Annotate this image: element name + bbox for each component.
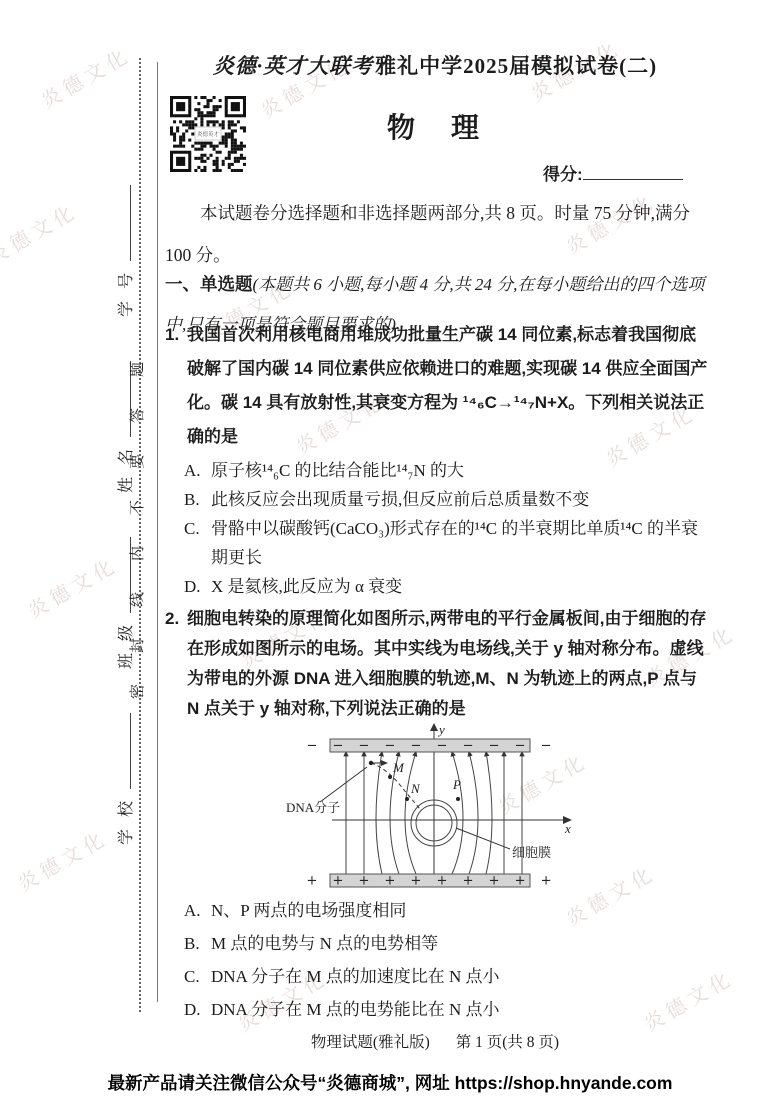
option-label-1b: B. <box>184 485 200 514</box>
exam-page: { "watermark_text": "炎德文化", "qr_label": … <box>0 0 780 1104</box>
option-text-2a: N、P 两点的电场强度相同 <box>211 901 406 920</box>
dna-pointer-line <box>320 767 367 802</box>
field-student-id-blank <box>115 185 131 261</box>
option-label-1a: A. <box>184 456 201 485</box>
option-row-1c: C.骨骼中以碳酸钙(CaCO₃)形式存在的¹⁴C 的半衰期比单质¹⁴C 的半衰期… <box>184 514 710 572</box>
point-n <box>405 797 409 801</box>
seal-text: 密封线内不要答题 <box>126 325 156 705</box>
option-row-2d: D.DNA 分子在 M 点的电势能比在 N 点小 <box>184 993 704 1026</box>
membrane-pointer-line <box>456 828 510 849</box>
footer-doc-name: 物理试题(雅礼版) <box>311 1034 430 1051</box>
watermark: 炎德文化 <box>34 39 135 114</box>
field-school-blank <box>115 713 131 789</box>
question-1-options: A.原子核¹⁴₆C 的比结合能比¹⁴₇N 的大 B.此核反应会出现质量亏损,但反… <box>184 456 710 601</box>
question-1-stem: 1.我国首次利用核电商用堆成功批量生产碳 14 同位素,标志着我国彻底破解了国内… <box>165 318 710 454</box>
membrane-label: 细胞膜 <box>512 845 551 860</box>
exam-title: 炎德·英才大联考雅礼中学2025届模拟试卷(二) <box>160 50 710 80</box>
point-p <box>456 797 460 801</box>
question-2: 2.细胞电转染的原理简化如图所示,两带电的平行金属板间,由于细胞的存在形成如图所… <box>165 604 710 724</box>
option-text-1d: X 是氦核,此反应为 α 衰变 <box>211 577 402 596</box>
watermark: 炎德文化 <box>0 195 83 270</box>
dna-label: DNA分子 <box>286 800 340 815</box>
footer-page-info: 第 1 页(共 8 页) <box>456 1034 559 1051</box>
content-border-line <box>157 62 158 1002</box>
field-student-id-label: 学号 <box>118 261 135 317</box>
question-2-stem-text: 细胞电转染的原理简化如图所示,两带电的平行金属板间,由于细胞的存在形成如图所示的… <box>187 609 706 718</box>
dna-velocity-arrowhead <box>381 760 388 766</box>
question-2-stem: 2.细胞电转染的原理简化如图所示,两带电的平行金属板间,由于细胞的存在形成如图所… <box>165 604 710 724</box>
question-2-number: 2. <box>165 604 179 634</box>
point-m <box>388 775 392 779</box>
option-text-1b: 此核反应会出现质量亏损,但反应前后总质量数不变 <box>211 490 589 509</box>
promo-banner: 最新产品请关注微信公众号“炎德商城”, 网址 https://shop.hnya… <box>0 1070 780 1095</box>
y-axis-label: y <box>437 722 445 737</box>
option-row-2b: B.M 点的电势与 N 点的电势相等 <box>184 927 704 960</box>
option-text-2d: DNA 分子在 M 点的电势能比在 N 点小 <box>211 1000 500 1019</box>
option-label-2a: A. <box>184 894 201 927</box>
option-row-1d: D.X 是氦核,此反应为 α 衰变 <box>184 572 710 601</box>
top-plate-charges: − − − − − − − − − − <box>306 739 553 754</box>
figure-electric-field: − − − − − − − − − − + + + + + + + + + + … <box>280 722 580 897</box>
question-1-number: 1. <box>165 318 179 352</box>
field-school: 学校 <box>113 713 136 845</box>
point-n-label: N <box>410 781 421 796</box>
option-text-1a: 原子核¹⁴₆C 的比结合能比¹⁴₇N 的大 <box>211 461 464 480</box>
score-blank <box>583 166 683 180</box>
x-axis-label: x <box>564 821 571 836</box>
option-label-2d: D. <box>184 993 201 1026</box>
option-row-1b: B.此核反应会出现质量亏损,但反应前后总质量数不变 <box>184 485 710 514</box>
option-text-2c: DNA 分子在 M 点的加速度比在 N 点小 <box>211 967 500 986</box>
subject-title: 物 理 <box>160 106 710 146</box>
exam-title-rest: 雅礼中学2025届模拟试卷(二) <box>375 54 657 78</box>
bottom-plate-charges: + + + + + + + + + + <box>306 874 553 889</box>
question-2-options: A.N、P 两点的电场强度相同 B.M 点的电势与 N 点的电势相等 C.DNA… <box>184 894 704 1026</box>
option-row-2a: A.N、P 两点的电场强度相同 <box>184 894 704 927</box>
score-row: 得分: <box>543 160 683 185</box>
field-student-id: 学号 <box>113 185 136 317</box>
question-1-stem-text: 我国首次利用核电商用堆成功批量生产碳 14 同位素,标志着我国彻底破解了国内碳 … <box>187 325 707 446</box>
y-axis-arrow <box>430 723 438 731</box>
option-text-1c: 骨骼中以碳酸钙(CaCO₃)形式存在的¹⁴C 的半衰期比单质¹⁴C 的半衰期更长 <box>211 519 698 567</box>
section-heading: 一、单选题 <box>165 274 253 294</box>
option-row-1a: A.原子核¹⁴₆C 的比结合能比¹⁴₇N 的大 <box>184 456 710 485</box>
point-m-label: M <box>392 760 405 775</box>
dna-point <box>369 761 373 765</box>
field-school-label: 学校 <box>118 789 135 845</box>
exam-title-brand: 炎德·英才大联考 <box>213 54 373 78</box>
point-p-label: P <box>452 777 461 792</box>
option-text-2b: M 点的电势与 N 点的电势相等 <box>211 934 438 953</box>
option-row-2c: C.DNA 分子在 M 点的加速度比在 N 点小 <box>184 960 704 993</box>
score-label: 得分: <box>543 165 583 184</box>
option-label-1d: D. <box>184 572 201 601</box>
page-footer: 物理试题(雅礼版)第 1 页(共 8 页) <box>165 1030 705 1052</box>
option-label-2b: B. <box>184 927 200 960</box>
option-label-2c: C. <box>184 960 200 993</box>
option-label-1c: C. <box>184 514 200 543</box>
watermark: 炎德文化 <box>11 822 112 897</box>
question-1: 1.我国首次利用核电商用堆成功批量生产碳 14 同位素,标志着我国彻底破解了国内… <box>165 318 710 601</box>
